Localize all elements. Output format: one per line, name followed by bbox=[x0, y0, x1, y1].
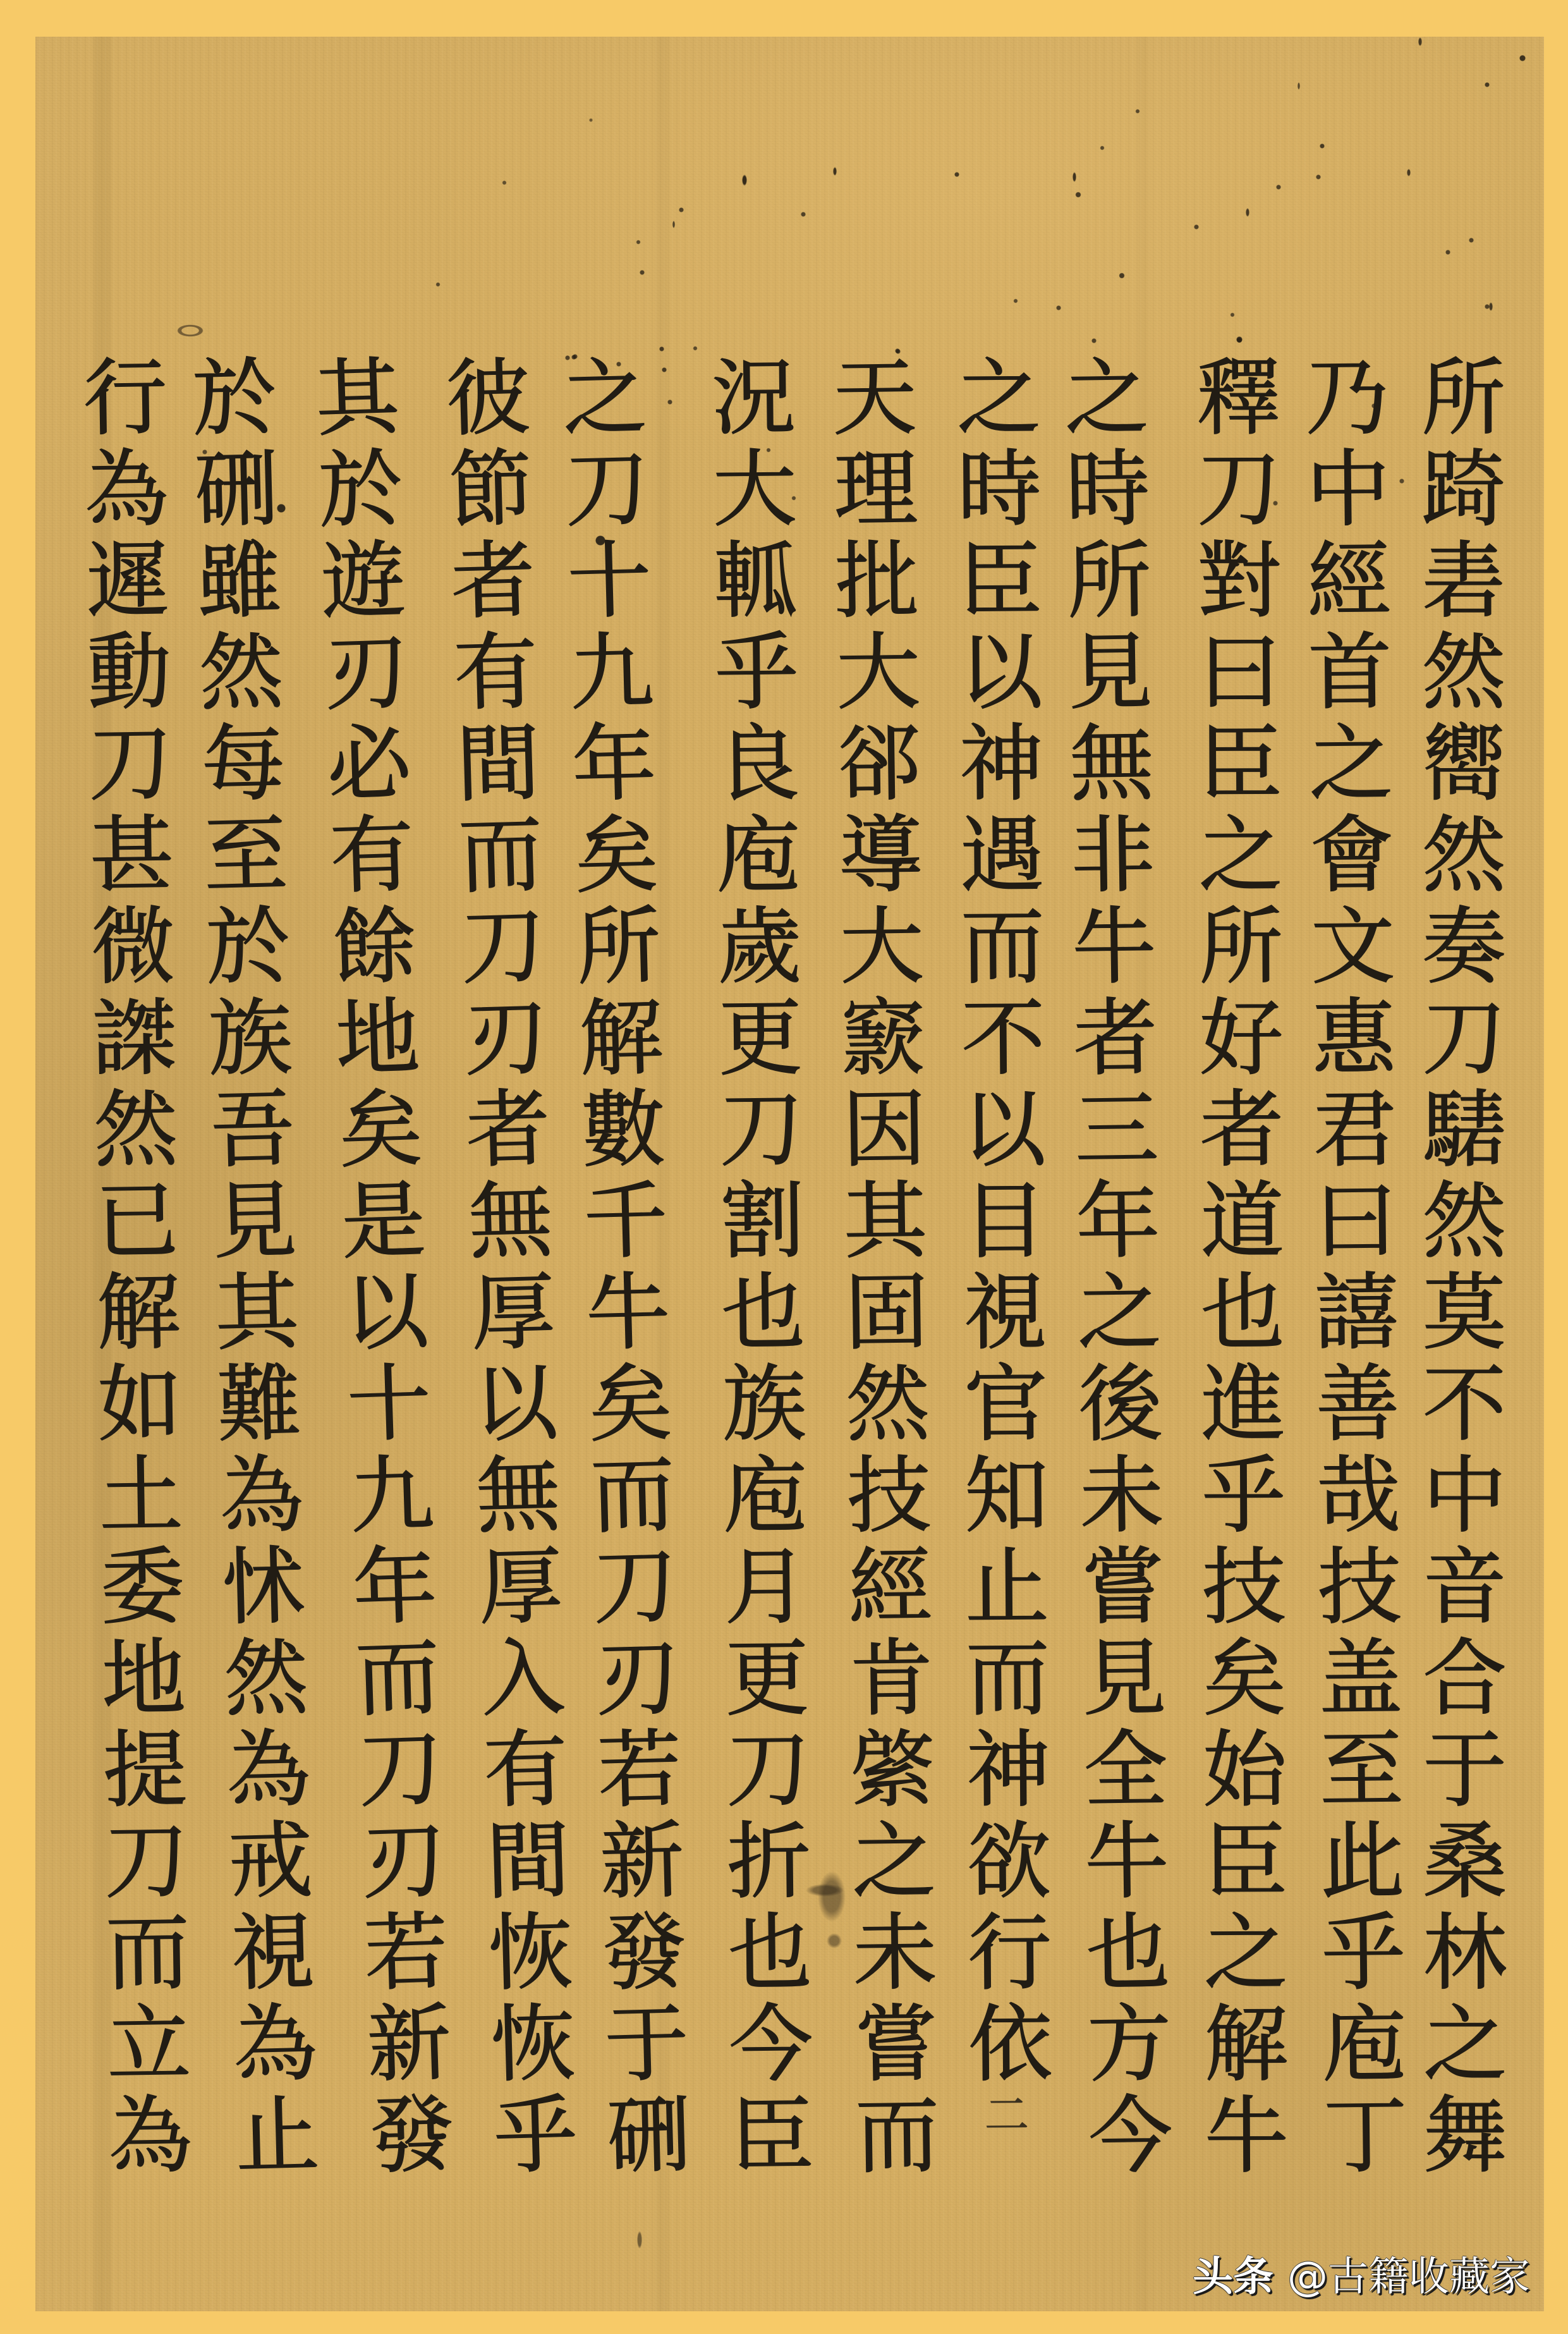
column-text: 之時臣以神遇而不以目視官知止而神欲行依 bbox=[942, 353, 1052, 2091]
text-column-5: 之時臣以神遇而不以目視官知止而神欲行依二 bbox=[940, 353, 1054, 2183]
watermark-platform: 头条 bbox=[1193, 2254, 1273, 2300]
repeat-mark: 二 bbox=[977, 2091, 1030, 2144]
column-text: 所踦砉然嚮然奏刀騞然莫不中音合于桑林之舞 bbox=[1407, 353, 1506, 2183]
text-column-3: 釋刀對曰臣之所好者道也進乎技矣始臣之解牛 bbox=[1180, 353, 1290, 2184]
watermark: 头条@古籍收藏家 bbox=[1193, 2251, 1530, 2304]
watermark-handle: @古籍收藏家 bbox=[1287, 2254, 1530, 2300]
column-text: 乃中經首之會文惠君曰譆善哉技盖至此乎庖丁 bbox=[1291, 353, 1407, 2183]
text-column-2: 乃中經首之會文惠君曰譆善哉技盖至此乎庖丁 bbox=[1289, 353, 1409, 2184]
text-column-1: 所踦砉然嚮然奏刀騞然莫不中音合于桑林之舞 bbox=[1405, 353, 1508, 2183]
column-text: 釋刀對曰臣之所好者道也進乎技矣始臣之解牛 bbox=[1182, 353, 1288, 2184]
text-column-7: 況大軱乎良庖歲更刀割也族庖月更刀折也今臣 bbox=[695, 353, 815, 2184]
page: 所踦砉然嚮然奏刀騞然莫不中音合于桑林之舞 乃中經首之會文惠君曰譆善哉技盖至此乎庖… bbox=[0, 0, 1568, 2334]
column-text: 況大軱乎良庖歲更刀割也族庖月更刀折也今臣 bbox=[697, 353, 813, 2183]
